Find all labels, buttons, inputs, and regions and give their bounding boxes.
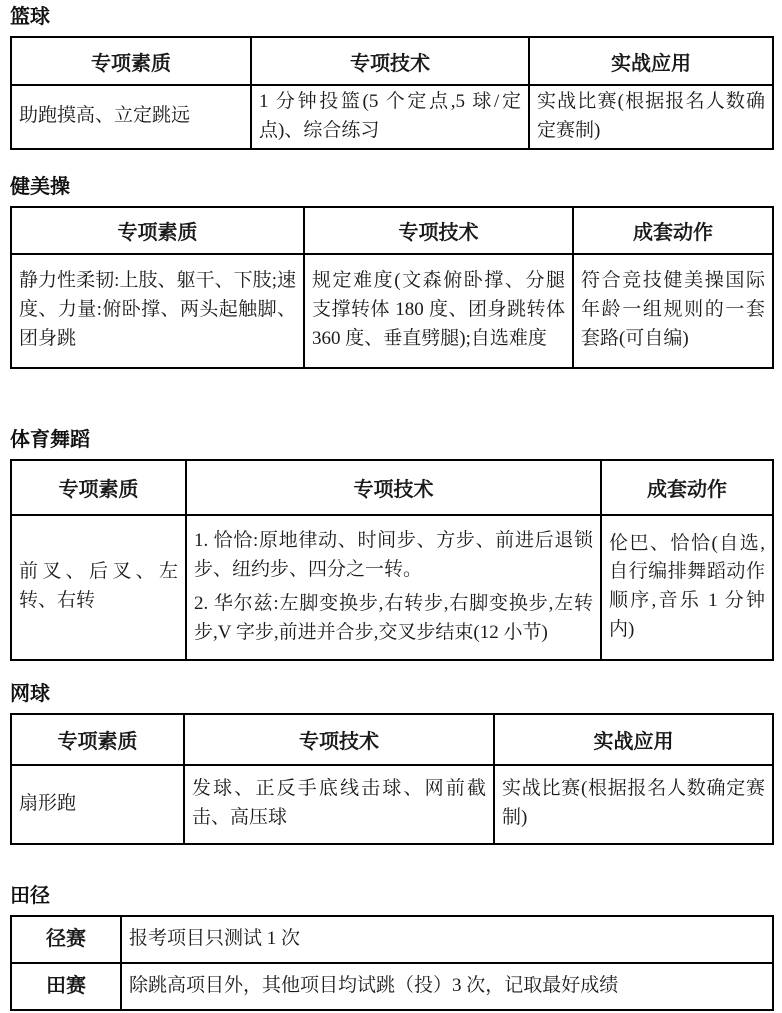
row-label-field: 田赛 <box>11 963 121 1010</box>
column-header-jishu: 专项技术 <box>186 460 601 515</box>
section-title-basketball: 篮球 <box>10 6 772 28</box>
cell-track-rule: 报考项目只测试 1 次 <box>121 916 773 963</box>
column-header-suzhi: 专项素质 <box>11 460 186 515</box>
table-row: 静力性柔韧:上肢、躯干、下肢;速度、力量:俯卧撑、两头起触脚、团身跳 规定难度(… <box>11 254 773 368</box>
section-tennis: 网球 专项素质 专项技术 实战应用 扇形跑 发球、正反手底线击球、网前截击、高压… <box>10 683 772 845</box>
column-header-chengtao: 成套动作 <box>573 207 773 254</box>
tennis-table: 专项素质 专项技术 实战应用 扇形跑 发球、正反手底线击球、网前截击、高压球 实… <box>10 713 774 845</box>
column-header-suzhi: 专项素质 <box>11 207 304 254</box>
row-label-track: 径赛 <box>11 916 121 963</box>
section-title-tennis: 网球 <box>10 683 772 705</box>
column-header-chengtao: 成套动作 <box>601 460 773 515</box>
header-row: 专项素质 专项技术 成套动作 <box>11 460 773 515</box>
section-athletics: 田径 径赛 报考项目只测试 1 次 田赛 除跳高项目外，其他项目均试跳（投）3 … <box>10 885 772 1011</box>
cell-dance-jishu: 1. 恰恰:原地律动、时间步、方步、前进后退锁步、纽约步、四分之一转。 2. 华… <box>186 515 601 660</box>
cell-aerobics-jishu: 规定难度(文森俯卧撑、分腿支撑转体 180 度、团身跳转体 360 度、垂直劈腿… <box>304 254 573 368</box>
table-row: 前叉、后叉、左转、右转 1. 恰恰:原地律动、时间步、方步、前进后退锁步、纽约步… <box>11 515 773 660</box>
athletics-table: 径赛 报考项目只测试 1 次 田赛 除跳高项目外，其他项目均试跳（投）3 次，记… <box>10 915 774 1011</box>
table-row: 径赛 报考项目只测试 1 次 <box>11 916 773 963</box>
cell-aerobics-chengtao: 符合竞技健美操国际年龄一组规则的一套套路(可自编) <box>573 254 773 368</box>
cell-tennis-shizhan: 实战比赛(根据报名人数确定赛制) <box>494 765 773 844</box>
aerobics-table: 专项素质 专项技术 成套动作 静力性柔韧:上肢、躯干、下肢;速度、力量:俯卧撑、… <box>10 206 774 369</box>
dance-paragraph-chacha: 1. 恰恰:原地律动、时间步、方步、前进后退锁步、纽约步、四分之一转。 <box>194 527 593 585</box>
section-title-athletics: 田径 <box>10 885 772 907</box>
column-header-jishu: 专项技术 <box>304 207 573 254</box>
section-aerobics: 健美操 专项素质 专项技术 成套动作 静力性柔韧:上肢、躯干、下肢;速度、力量:… <box>10 176 772 369</box>
cell-field-rule: 除跳高项目外，其他项目均试跳（投）3 次，记取最好成绩 <box>121 963 773 1010</box>
cell-dance-chengtao: 伦巴、恰恰(自选,自行编排舞蹈动作顺序,音乐 1 分钟内) <box>601 515 773 660</box>
column-header-shizhan: 实战应用 <box>494 714 773 765</box>
column-header-jishu: 专项技术 <box>184 714 494 765</box>
dance-table: 专项素质 专项技术 成套动作 前叉、后叉、左转、右转 1. 恰恰:原地律动、时间… <box>10 459 774 661</box>
cell-tennis-jishu: 发球、正反手底线击球、网前截击、高压球 <box>184 765 494 844</box>
cell-dance-suzhi: 前叉、后叉、左转、右转 <box>11 515 186 660</box>
section-title-dance: 体育舞蹈 <box>10 429 772 451</box>
table-row: 助跑摸高、立定跳远 1 分钟投篮(5 个定点,5 球/定点)、综合练习 实战比赛… <box>11 85 773 149</box>
document: 篮球 专项素质 专项技术 实战应用 助跑摸高、立定跳远 1 分钟投篮(5 个定点… <box>0 0 782 1013</box>
column-header-jishu: 专项技术 <box>251 37 529 85</box>
dance-paragraph-waltz: 2. 华尔兹:左脚变换步,右转步,右脚变换步,左转步,V 字步,前进并合步,交叉… <box>194 590 593 648</box>
cell-basketball-shizhan: 实战比赛(根据报名人数确定赛制) <box>529 85 773 149</box>
section-title-aerobics: 健美操 <box>10 176 772 198</box>
column-header-shizhan: 实战应用 <box>529 37 773 85</box>
basketball-table: 专项素质 专项技术 实战应用 助跑摸高、立定跳远 1 分钟投篮(5 个定点,5 … <box>10 36 774 150</box>
table-row: 田赛 除跳高项目外，其他项目均试跳（投）3 次，记取最好成绩 <box>11 963 773 1010</box>
section-basketball: 篮球 专项素质 专项技术 实战应用 助跑摸高、立定跳远 1 分钟投篮(5 个定点… <box>10 6 772 150</box>
cell-basketball-suzhi: 助跑摸高、立定跳远 <box>11 85 251 149</box>
cell-tennis-suzhi: 扇形跑 <box>11 765 184 844</box>
column-header-suzhi: 专项素质 <box>11 714 184 765</box>
column-header-suzhi: 专项素质 <box>11 37 251 85</box>
header-row: 专项素质 专项技术 实战应用 <box>11 37 773 85</box>
header-row: 专项素质 专项技术 成套动作 <box>11 207 773 254</box>
cell-aerobics-suzhi: 静力性柔韧:上肢、躯干、下肢;速度、力量:俯卧撑、两头起触脚、团身跳 <box>11 254 304 368</box>
section-dance: 体育舞蹈 专项素质 专项技术 成套动作 前叉、后叉、左转、右转 1. 恰恰:原地… <box>10 429 772 661</box>
header-row: 专项素质 专项技术 实战应用 <box>11 714 773 765</box>
cell-basketball-jishu: 1 分钟投篮(5 个定点,5 球/定点)、综合练习 <box>251 85 529 149</box>
table-row: 扇形跑 发球、正反手底线击球、网前截击、高压球 实战比赛(根据报名人数确定赛制) <box>11 765 773 844</box>
